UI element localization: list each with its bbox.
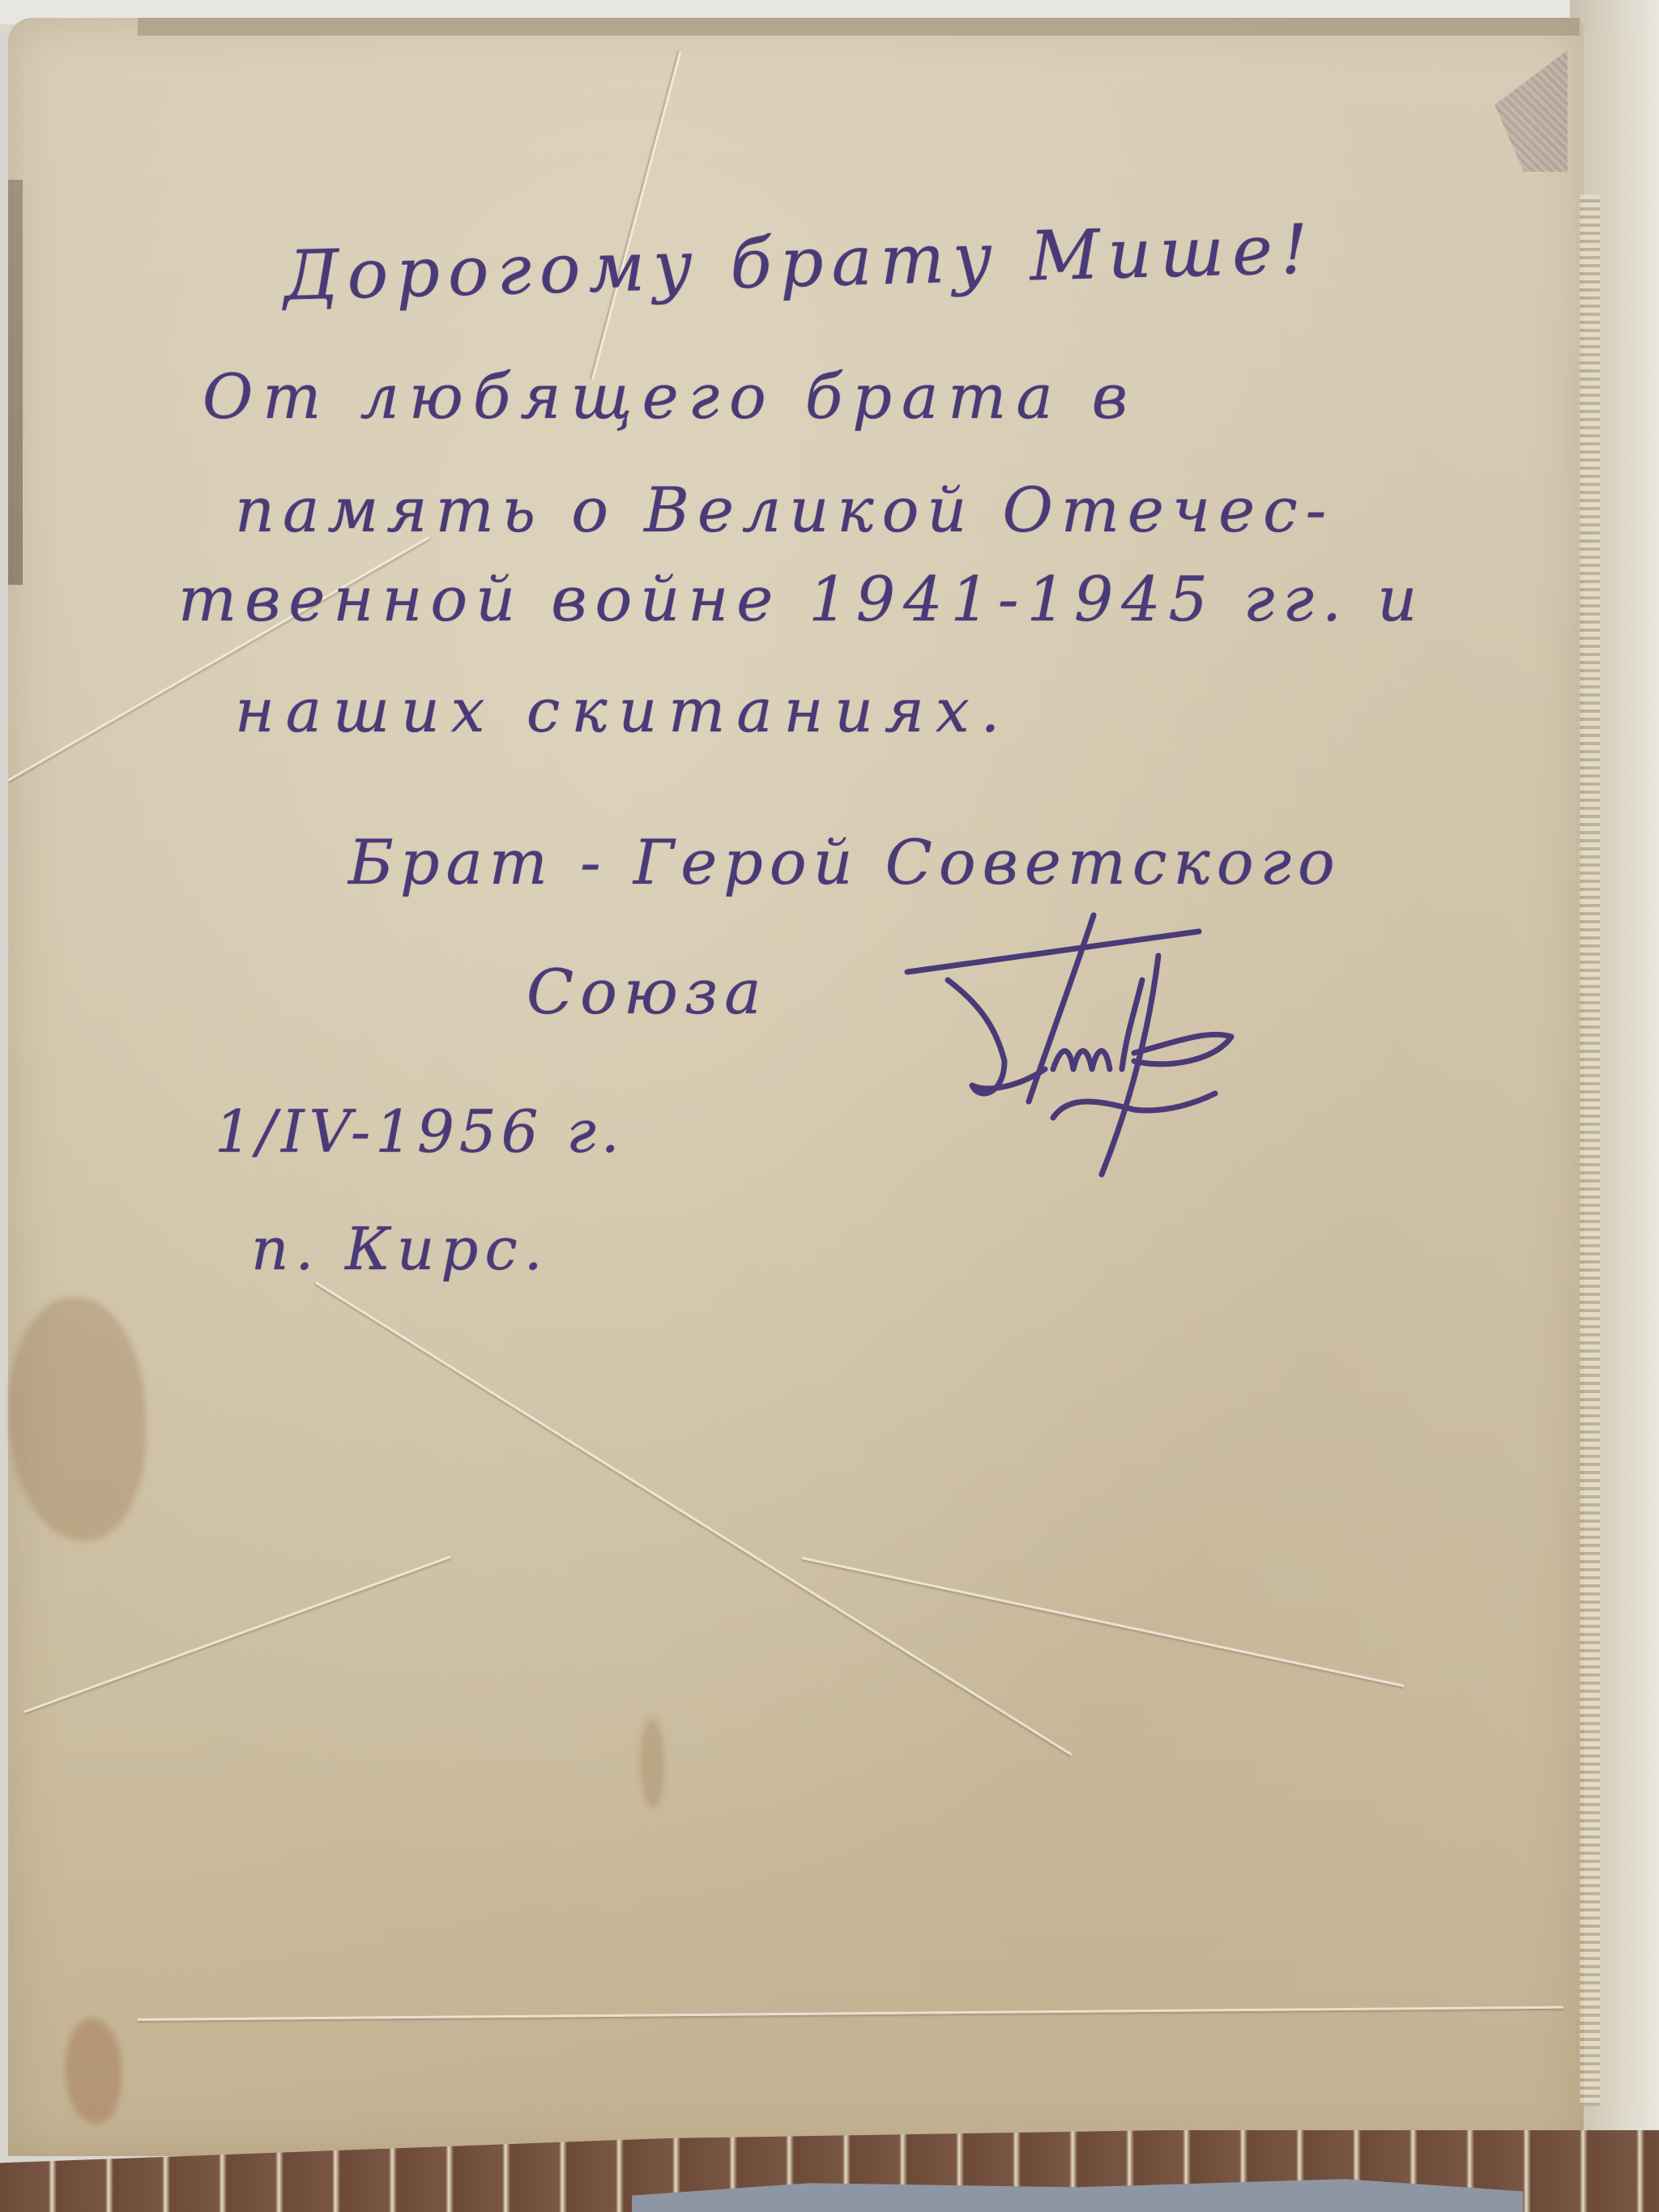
page-top-binding — [138, 18, 1580, 36]
paper-crease — [591, 51, 682, 380]
paper-crease — [802, 1557, 1405, 1687]
inscription-line-5: наших скитаниях. — [235, 676, 1011, 746]
small-stain — [640, 1719, 664, 1808]
inscription-place: п. Кирс. — [251, 1215, 549, 1283]
inscription-line-2: От любящего брата в — [203, 360, 1137, 433]
inscription-line-6: Брат - Герой Советского — [348, 826, 1341, 898]
inscription-date: 1/IV-1956 г. — [215, 1097, 625, 1166]
inscription-line-4: твенной войне 1941-1945 гг. и — [178, 563, 1425, 635]
paper-crease — [315, 1281, 1072, 1755]
water-stain — [8, 1298, 146, 1541]
inscription-line-3: память о Великой Отечес- — [235, 474, 1334, 546]
fabric-corner-patch — [1495, 50, 1567, 172]
paper-crease — [23, 1556, 450, 1713]
handwritten-signature — [891, 907, 1361, 1183]
paper-crease — [138, 2006, 1563, 2021]
inscription-line-7: Союза — [527, 956, 768, 1028]
rust-stain — [65, 2018, 122, 2124]
page-left-binding — [8, 180, 23, 585]
page-stitching — [1580, 194, 1600, 2106]
